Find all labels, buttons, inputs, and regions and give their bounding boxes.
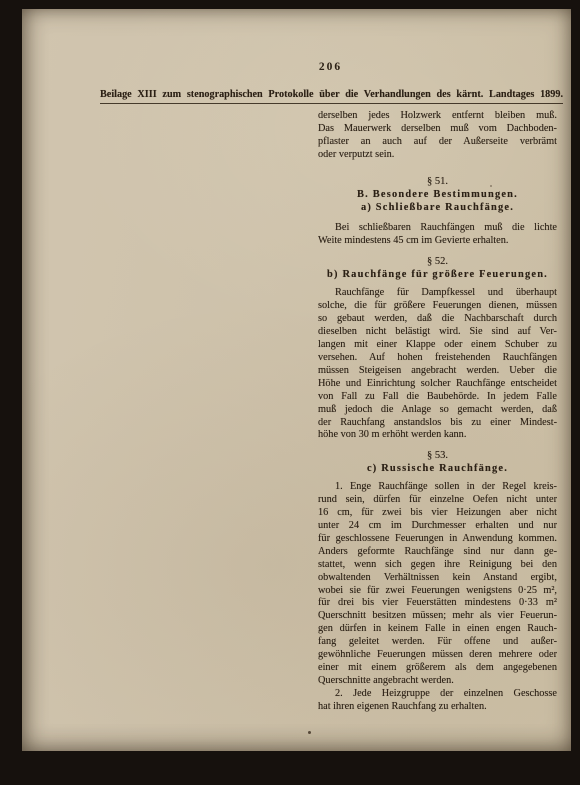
text-line: Rauchfänge für Dampfkessel und überhaupt (318, 287, 557, 300)
paragraph-51: Bei schließbaren Rauchfängen muß die lic… (318, 222, 557, 248)
text-line: Höhe und Einrichtung solcher Rauchfänge … (318, 378, 557, 391)
text-line: müssen Steigeisen angebracht werden. Ueb… (318, 365, 557, 378)
text-line: pflaster an auch auf der Außerseite verb… (318, 136, 557, 149)
page-number: 206 (100, 61, 561, 73)
paragraph-53-item-2: 2. Jede Heizgruppe der einzelnen Geschos… (318, 688, 557, 714)
text-line: einer mit einem größerem als dem angegeb… (318, 662, 557, 675)
text-line: versehen. Auf hohen freistehenden Rauchf… (318, 352, 557, 365)
paragraph-53-item-1: 1. Enge Rauchfänge sollen in der Regel k… (318, 481, 557, 688)
scan-frame: 206 Beilage XIII zum stenographischen Pr… (0, 0, 580, 785)
section-52-heading: § 52. b) Rauchfänge für größere Feuerung… (318, 255, 557, 281)
text-line: dieselben nicht belästigt wird. Sie sind… (318, 326, 557, 339)
text-line: so gebaut werden, daß die Nachbarschaft … (318, 313, 557, 326)
text-line: fang geleitet werden. Für offene und auß… (318, 636, 557, 649)
text-line: höhe von 30 m erhöht werden kann. (318, 429, 557, 442)
text-line: obwaltenden Verhältnissen kein Anstand e… (318, 572, 557, 585)
text-line: Das Mauerwerk derselben muß vom Dachbode… (318, 123, 557, 136)
section-number: § 53. (318, 449, 557, 462)
text-column: derselben jedes Holzwerk entfernt bleibe… (318, 110, 557, 714)
paper-speck (308, 731, 311, 734)
paragraph-continuation: derselben jedes Holzwerk entfernt bleibe… (318, 110, 557, 162)
text-line: rund sein, dürfen für einzelne Oefen nic… (318, 494, 557, 507)
text-line: 2. Jede Heizgruppe der einzelnen Geschos… (318, 688, 557, 701)
section-title: c) Russische Rauchfänge. (318, 462, 557, 475)
text-line: für drei bis vier Feuerstätten mindesten… (318, 597, 557, 610)
section-subtitle: a) Schließbare Rauchfänge. (318, 201, 557, 214)
text-line: unter 24 cm im Durchmesser erhalten und … (318, 520, 557, 533)
text-line: 16 cm, für zwei bis vier Heizungen aber … (318, 507, 557, 520)
running-header: Beilage XIII zum stenographischen Protok… (100, 89, 563, 104)
section-53-heading: § 53. c) Russische Rauchfänge. (318, 449, 557, 475)
section-51-heading: § 51. B. Besondere Bestimmungen. a) Schl… (318, 175, 557, 214)
text-line: 1. Enge Rauchfänge sollen in der Regel k… (318, 481, 557, 494)
text-line: muß jedoch die Anlage so gemacht werden,… (318, 404, 557, 417)
document-page: 206 Beilage XIII zum stenographischen Pr… (22, 9, 571, 751)
text-line: solche, die für größere Feuerungen diene… (318, 300, 557, 313)
text-line: stattet, wenn sich gegen ihre Reinigung … (318, 559, 557, 572)
section-title: B. Besondere Bestimmungen. (318, 188, 557, 201)
text-line: gen dürfen in keinem Falle in einen enge… (318, 623, 557, 636)
paragraph-52: Rauchfänge für Dampfkessel und überhaupt… (318, 287, 557, 442)
text-line: Bei schließbaren Rauchfängen muß die lic… (318, 222, 557, 235)
text-line: derselben jedes Holzwerk entfernt bleibe… (318, 110, 557, 123)
text-line: hat ihren eigenen Rauchfang zu erhalten. (318, 701, 557, 714)
section-title: b) Rauchfänge für größere Feuerungen. (318, 268, 557, 281)
text-line: von Fall zu Fall die Baubehörde. In jede… (318, 391, 557, 404)
section-number: § 52. (318, 255, 557, 268)
text-line: Weite mindestens 45 cm im Gevierte erhal… (318, 235, 557, 248)
text-line: Querschnitt besitzen müssen; mehr als vi… (318, 610, 557, 623)
text-line: für geschlossene Feuerungen in Anwendung… (318, 533, 557, 546)
text-line: wobei sie für zwei Feuerungen wenigstens… (318, 585, 557, 598)
section-number: § 51. (318, 175, 557, 188)
text-line: Anders geformte Rauchfänge sind nur dann… (318, 546, 557, 559)
text-line: der Rauchfang anstandslos bis zu einer M… (318, 417, 557, 430)
text-line: oder verputzt sein. (318, 149, 557, 162)
text-line: Querschnitte angebracht werden. (318, 675, 557, 688)
text-line: langen mit einer Klappe oder einem Schub… (318, 339, 557, 352)
paper-speck (490, 185, 492, 187)
text-line: gewöhnliche Feuerungen müssen deren mehr… (318, 649, 557, 662)
